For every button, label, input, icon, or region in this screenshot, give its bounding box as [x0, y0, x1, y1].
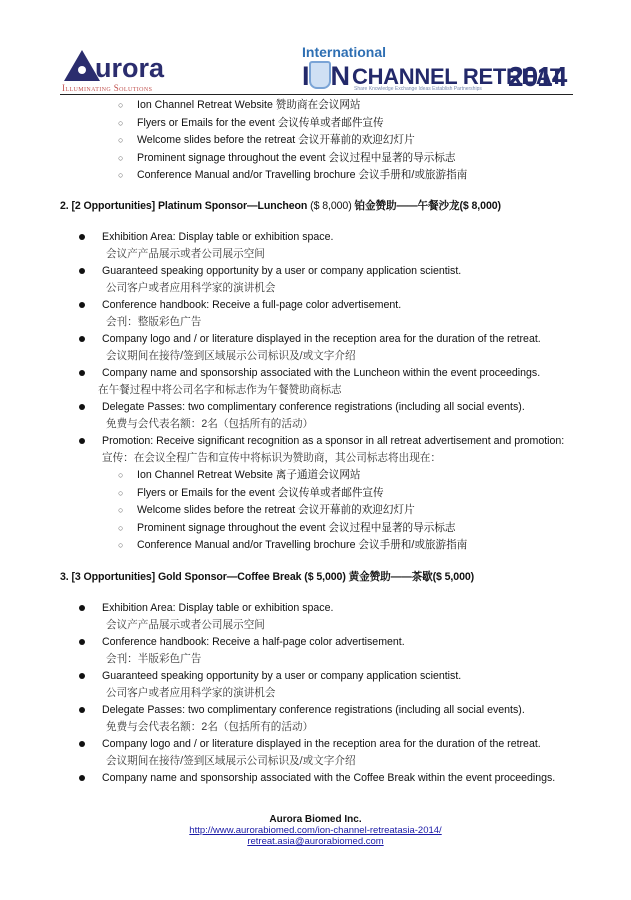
circle-bullet-icon: ○	[118, 467, 123, 484]
bullet-text-zh: 免费与会代表名额：2名（包括所有的活动）	[102, 719, 573, 736]
list-item: Company name and sponsorship associated …	[60, 770, 573, 787]
list-item: ○Flyers or Emails for the event 会议传单或者邮件…	[60, 115, 573, 133]
circle-bullet-icon: ○	[118, 115, 123, 132]
bullet-icon	[79, 336, 85, 342]
circle-bullet-icon: ○	[118, 97, 123, 114]
bullet-text-zh: 会议期间在接待/签到区域展示公司标识及/或文字介绍	[102, 348, 573, 365]
list-item: Delegate Passes: two complimentary confe…	[60, 702, 573, 736]
list-item: ○Conference Manual and/or Travelling bro…	[60, 537, 573, 555]
list-item: Exhibition Area: Display table or exhibi…	[60, 600, 573, 634]
bullet-text-en: Company name and sponsorship associated …	[102, 770, 573, 787]
section1-promotion-list: ○Ion Channel Retreat Website 赞助商在会议网站 ○F…	[60, 97, 573, 185]
section3-bullets: Exhibition Area: Display table or exhibi…	[60, 600, 573, 787]
section2-amount: ($ 8,000)	[307, 200, 351, 212]
header-divider	[60, 94, 573, 95]
bullet-text-zh: 宣传：在会议全程广告和宣传中将标识为赞助商，其公司标志将出现在：	[102, 450, 573, 467]
bullet-text-zh: 公司客户或者应用科学家的演讲机会	[102, 685, 573, 702]
ion-channel-retreat-logo: International IN CHANNEL RETREAT 2014 Sh…	[290, 44, 575, 92]
list-item: Company name and sponsorship associated …	[60, 365, 573, 399]
circle-bullet-icon: ○	[118, 167, 123, 184]
bullet-text-zh: 免费与会代表名额：2名（包括所有的活动）	[102, 416, 573, 433]
list-item-text: Flyers or Emails for the event 会议传单或者邮件宣…	[137, 117, 384, 129]
page-footer: Aurora Biomed Inc. http://www.aurorabiom…	[0, 814, 631, 847]
footer-email-link[interactable]: retreat.asia@aurorabiomed.com	[247, 836, 383, 847]
list-item: Conference handbook: Receive a half-page…	[60, 634, 573, 668]
list-item: ○Welcome slides before the retreat 会议开幕前…	[60, 502, 573, 520]
list-item-text: Ion Channel Retreat Website 赞助商在会议网站	[137, 99, 361, 111]
circle-bullet-icon: ○	[118, 537, 123, 554]
list-item-text: Welcome slides before the retreat 会议开幕前的…	[137, 504, 415, 516]
bullet-text-en: Conference handbook: Receive a half-page…	[102, 634, 573, 651]
bullet-text-zh: 会议期间在接待/签到区域展示公司标识及/或文字介绍	[102, 753, 573, 770]
aurora-dot-icon	[78, 66, 86, 74]
section2-bullets: Exhibition Area: Display table or exhibi…	[60, 229, 573, 467]
bullet-icon	[79, 302, 85, 308]
list-item-text: Conference Manual and/or Travelling broc…	[137, 169, 467, 181]
circle-bullet-icon: ○	[118, 150, 123, 167]
bullet-text-en: Guaranteed speaking opportunity by a use…	[102, 263, 573, 280]
aurora-logo: urora Illuminating Solutions	[62, 44, 187, 92]
list-item: Promotion: Receive significant recogniti…	[60, 433, 573, 467]
page-header: urora Illuminating Solutions Internation…	[60, 40, 573, 92]
bullet-text-en: Conference handbook: Receive a full-page…	[102, 297, 573, 314]
circle-bullet-icon: ○	[118, 502, 123, 519]
bullet-icon	[79, 234, 85, 240]
circle-bullet-icon: ○	[118, 485, 123, 502]
document-body: ○Ion Channel Retreat Website 赞助商在会议网站 ○F…	[60, 96, 573, 787]
logo-ion: IN	[302, 61, 349, 92]
aurora-tagline: Illuminating Solutions	[62, 83, 152, 93]
bullet-icon	[79, 268, 85, 274]
section3-title: 3. [3 Opportunities] Gold Sponsor—Coffee…	[60, 571, 346, 583]
bullet-text-en: Promotion: Receive significant recogniti…	[102, 433, 573, 450]
list-item-text: Welcome slides before the retreat 会议开幕前的…	[137, 134, 415, 146]
circle-bullet-icon: ○	[118, 132, 123, 149]
section2-heading: 2. [2 Opportunities] Platinum Sponsor—Lu…	[60, 198, 573, 215]
bullet-text-zh: 会刊：整版彩色广告	[102, 314, 573, 331]
list-item: ○Conference Manual and/or Travelling bro…	[60, 167, 573, 185]
list-item: Exhibition Area: Display table or exhibi…	[60, 229, 573, 263]
section2-title-cn: 铂金赞助——午餐沙龙($ 8,000)	[352, 200, 501, 212]
logo-international: International	[302, 44, 386, 60]
bullet-text-en: Company logo and / or literature display…	[102, 736, 573, 753]
section2-title: 2. [2 Opportunities] Platinum Sponsor—Lu…	[60, 200, 307, 212]
list-item: ○Prominent signage throughout the event …	[60, 150, 573, 168]
bullet-icon	[79, 673, 85, 679]
bullet-text-en: Guaranteed speaking opportunity by a use…	[102, 668, 573, 685]
bullet-icon	[79, 775, 85, 781]
list-item-text: Prominent signage throughout the event 会…	[137, 152, 456, 164]
list-item: ○Ion Channel Retreat Website 离子通道会议网站	[60, 467, 573, 485]
list-item-text: Conference Manual and/or Travelling broc…	[137, 539, 467, 551]
bullet-text-zh: 公司客户或者应用科学家的演讲机会	[102, 280, 573, 297]
aurora-logo-word: urora	[95, 54, 164, 82]
list-item: Guaranteed speaking opportunity by a use…	[60, 263, 573, 297]
bullet-icon	[79, 438, 85, 444]
list-item: Guaranteed speaking opportunity by a use…	[60, 668, 573, 702]
list-item: ○Prominent signage throughout the event …	[60, 520, 573, 538]
section2-promotion-list: ○Ion Channel Retreat Website 离子通道会议网站 ○F…	[60, 467, 573, 555]
bullet-icon	[79, 605, 85, 611]
logo-subtitle: Share Knowledge Exchange Ideas Establish…	[354, 86, 482, 92]
list-item-text: Ion Channel Retreat Website 离子通道会议网站	[137, 469, 361, 481]
bullet-icon	[79, 741, 85, 747]
circle-bullet-icon: ○	[118, 520, 123, 537]
list-item: ○Welcome slides before the retreat 会议开幕前…	[60, 132, 573, 150]
bullet-text-en: Company logo and / or literature display…	[102, 331, 573, 348]
bullet-icon	[79, 707, 85, 713]
list-item: ○Flyers or Emails for the event 会议传单或者邮件…	[60, 485, 573, 503]
section3-title-cn: 黄金赞助——茶歇($ 5,000)	[346, 571, 474, 583]
list-item: Company logo and / or literature display…	[60, 736, 573, 770]
list-item: Conference handbook: Receive a full-page…	[60, 297, 573, 331]
bullet-text-zh: 会刊：半版彩色广告	[102, 651, 573, 668]
bullet-text-zh: 在午餐过程中将公司名字和标志作为午餐赞助商标志	[98, 382, 573, 399]
footer-website-link[interactable]: http://www.aurorabiomed.com/ion-channel-…	[189, 825, 441, 836]
list-item-text: Flyers or Emails for the event 会议传单或者邮件宣…	[137, 487, 384, 499]
section3-heading: 3. [3 Opportunities] Gold Sponsor—Coffee…	[60, 569, 573, 586]
bullet-icon	[79, 404, 85, 410]
logo-year: 2014	[508, 61, 566, 93]
bullet-icon	[79, 639, 85, 645]
bullet-text-zh: 会议产产品展示或者公司展示空间	[102, 246, 573, 263]
list-item: Delegate Passes: two complimentary confe…	[60, 399, 573, 433]
bullet-text-en: Exhibition Area: Display table or exhibi…	[102, 229, 573, 246]
bullet-text-en: Delegate Passes: two complimentary confe…	[102, 399, 573, 416]
bullet-text-en: Exhibition Area: Display table or exhibi…	[102, 600, 573, 617]
list-item-text: Prominent signage throughout the event 会…	[137, 522, 456, 534]
bullet-text-zh: 会议产产品展示或者公司展示空间	[102, 617, 573, 634]
list-item: ○Ion Channel Retreat Website 赞助商在会议网站	[60, 97, 573, 115]
list-item: Company logo and / or literature display…	[60, 331, 573, 365]
ion-channel-icon	[309, 61, 331, 89]
footer-company: Aurora Biomed Inc.	[0, 814, 631, 825]
bullet-text-en: Company name and sponsorship associated …	[102, 365, 573, 382]
bullet-text-en: Delegate Passes: two complimentary confe…	[102, 702, 573, 719]
bullet-icon	[79, 370, 85, 376]
